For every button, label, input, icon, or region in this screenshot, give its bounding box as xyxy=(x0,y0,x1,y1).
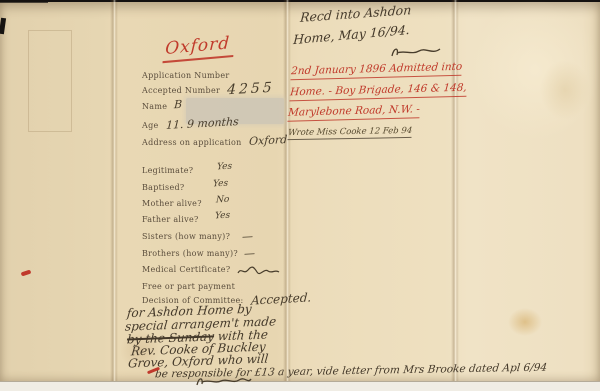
fold-crease xyxy=(283,0,291,391)
form-row: Mother alive? No xyxy=(142,199,229,208)
form-row: Address on application Oxford xyxy=(142,138,287,147)
form-row: Application Number xyxy=(142,71,237,80)
fold-crease xyxy=(110,0,118,391)
form-row: Accepted Number 4255 xyxy=(142,86,275,97)
field-label: Baptised? xyxy=(142,183,185,192)
illegible-scrawl-icon xyxy=(236,265,280,277)
form-row: Age 11. 9 months xyxy=(142,121,238,130)
paper-edge-shadow xyxy=(0,0,48,3)
form-row: Medical Certificate? xyxy=(142,265,280,277)
form-row: Baptised? Yes xyxy=(142,183,228,192)
field-label: Age xyxy=(142,121,159,130)
form-row: Sisters (how many)? — xyxy=(142,232,253,243)
field-label: Application Number xyxy=(142,71,230,80)
fold-crease xyxy=(451,0,459,391)
field-value: 11. 9 months xyxy=(165,115,238,132)
field-value: 4255 xyxy=(227,80,275,99)
wrote-note-line: Wrote Miss Cooke 12 Feb 94 xyxy=(287,126,412,140)
field-label: Legitimate? xyxy=(142,166,193,175)
field-value: B xyxy=(174,98,183,111)
field-label: Name xyxy=(142,102,167,111)
decision-signature-scrawl-icon xyxy=(193,375,253,388)
field-label: Sisters (how many)? xyxy=(142,232,230,241)
field-value: No xyxy=(216,195,230,206)
field-value: Yes xyxy=(214,211,230,222)
field-label: Free or part payment xyxy=(142,282,235,291)
field-value: Oxford xyxy=(248,133,287,148)
scanner-edge xyxy=(0,381,600,391)
field-label: Accepted Number xyxy=(142,86,220,95)
form-row: Brothers (how many)? — xyxy=(142,249,255,260)
field-label: Medical Certificate? xyxy=(142,265,230,274)
scanned-document: Oxford Application Number Accepted Numbe… xyxy=(0,0,600,391)
field-label: Brothers (how many)? xyxy=(142,249,238,258)
form-row: Father alive? Yes xyxy=(142,215,230,224)
field-label: Mother alive? xyxy=(142,199,202,208)
field-value: — xyxy=(244,247,256,261)
paper-sheet xyxy=(0,2,600,382)
field-value: Accepted. xyxy=(250,290,311,307)
show-through-rectangle xyxy=(28,30,72,132)
field-label: Address on application xyxy=(142,138,242,147)
form-row: Legitimate? Yes xyxy=(142,166,233,175)
field-value: — xyxy=(242,230,254,244)
form-row: Free or part payment xyxy=(142,282,242,291)
received-signature-scrawl-icon xyxy=(388,45,444,59)
field-value: Yes xyxy=(217,162,233,173)
field-value: Yes xyxy=(212,179,228,190)
field-label: Father alive? xyxy=(142,215,199,224)
